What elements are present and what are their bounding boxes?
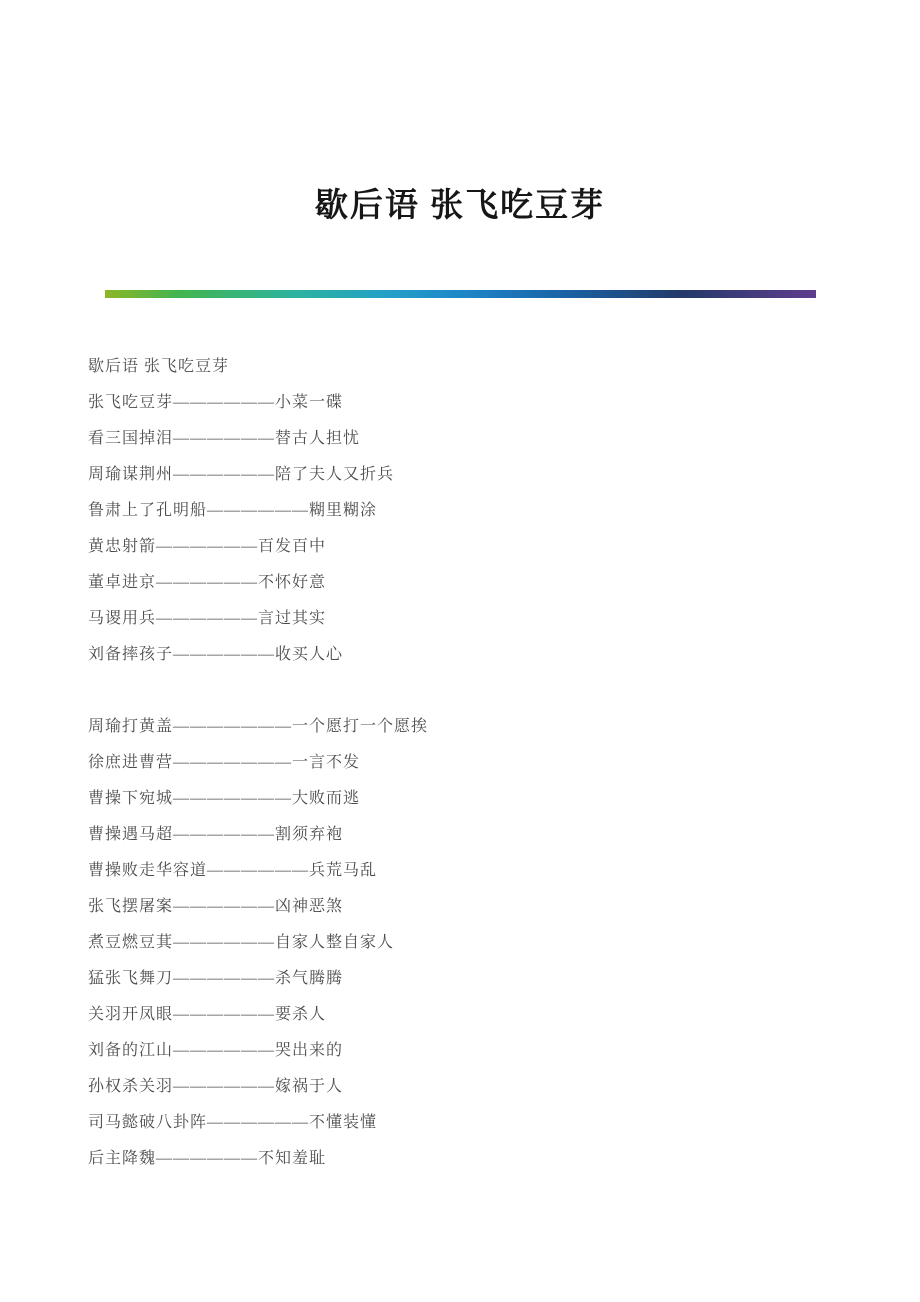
saying-line: 关羽开凤眼——————要杀人 bbox=[88, 997, 848, 1033]
saying-line: 鲁肃上了孔明船——————糊里糊涂 bbox=[88, 493, 848, 529]
saying-line: 马谡用兵——————言过其实 bbox=[88, 601, 848, 637]
document-body: 歇后语 张飞吃豆芽 张飞吃豆芽——————小菜一碟 看三国掉泪——————替古人… bbox=[88, 349, 848, 1177]
document-page: 歇后语 张飞吃豆芽 歇后语 张飞吃豆芽 张飞吃豆芽——————小菜一碟 看三国掉… bbox=[0, 0, 920, 1302]
saying-line: 曹操遇马超——————割须弃袍 bbox=[88, 817, 848, 853]
saying-line: 曹操败走华容道——————兵荒马乱 bbox=[88, 853, 848, 889]
saying-line: 徐庶进曹营———————一言不发 bbox=[88, 745, 848, 781]
saying-line: 后主降魏——————不知羞耻 bbox=[88, 1141, 848, 1177]
saying-line: 猛张飞舞刀——————杀气腾腾 bbox=[88, 961, 848, 997]
content-heading-line: 歇后语 张飞吃豆芽 bbox=[88, 349, 848, 385]
saying-line: 黄忠射箭——————百发百中 bbox=[88, 529, 848, 565]
saying-line: 董卓进京——————不怀好意 bbox=[88, 565, 848, 601]
saying-line: 周瑜谋荆州——————陪了夫人又折兵 bbox=[88, 457, 848, 493]
gradient-divider-bar bbox=[105, 290, 816, 298]
document-title: 歇后语 张飞吃豆芽 bbox=[0, 184, 920, 228]
saying-line: 刘备摔孩子——————收买人心 bbox=[88, 637, 848, 673]
saying-line: 张飞吃豆芽——————小菜一碟 bbox=[88, 385, 848, 421]
saying-line: 曹操下宛城———————大败而逃 bbox=[88, 781, 848, 817]
saying-section-2: 周瑜打黄盖———————一个愿打一个愿挨 徐庶进曹营———————一言不发 曹操… bbox=[88, 709, 848, 1177]
saying-line: 刘备的江山——————哭出来的 bbox=[88, 1033, 848, 1069]
saying-line: 司马懿破八卦阵——————不懂装懂 bbox=[88, 1105, 848, 1141]
saying-line: 看三国掉泪——————替古人担忧 bbox=[88, 421, 848, 457]
saying-line: 孙权杀关羽——————嫁祸于人 bbox=[88, 1069, 848, 1105]
saying-line: 张飞摆屠案——————凶神恶煞 bbox=[88, 889, 848, 925]
saying-section-1: 歇后语 张飞吃豆芽 张飞吃豆芽——————小菜一碟 看三国掉泪——————替古人… bbox=[88, 349, 848, 673]
saying-line: 煮豆燃豆萁——————自家人整自家人 bbox=[88, 925, 848, 961]
saying-line: 周瑜打黄盖———————一个愿打一个愿挨 bbox=[88, 709, 848, 745]
